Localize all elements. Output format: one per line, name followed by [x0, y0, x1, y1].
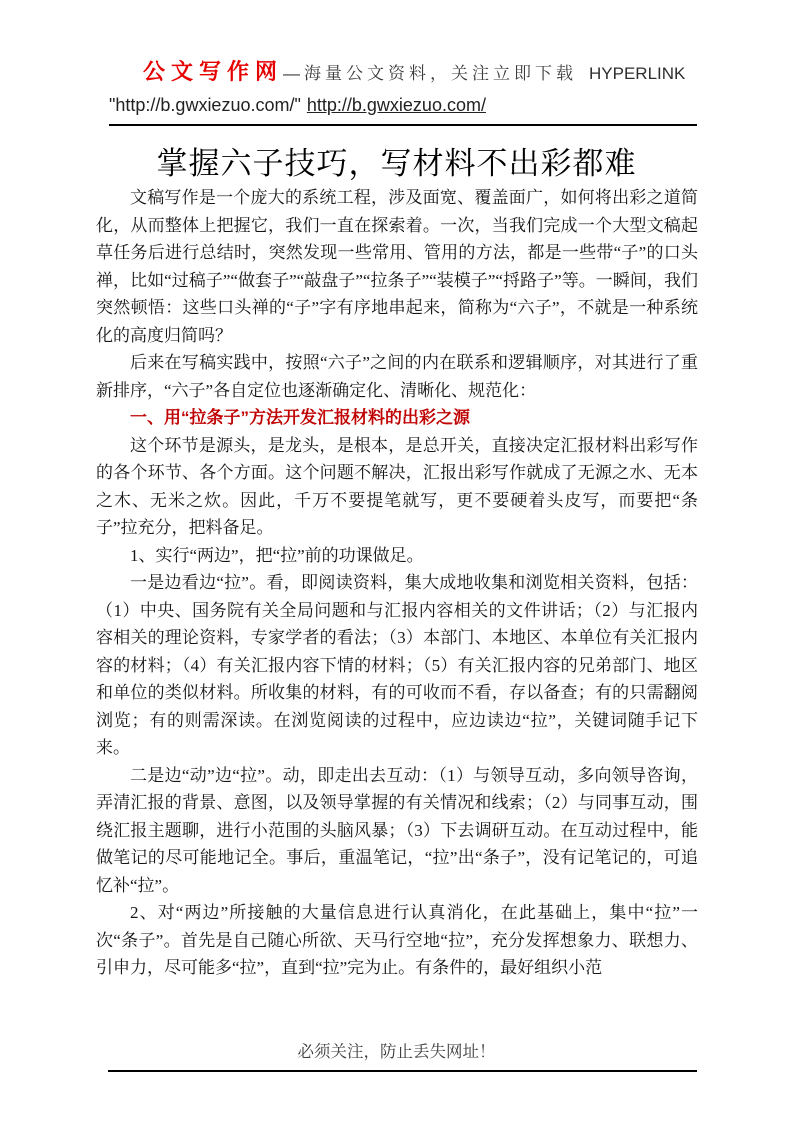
site-brand: 公文写作网: [143, 55, 283, 86]
paragraph: 二是边“动”边“拉”。动，即走出去互动：（1）与领导互动，多向领导咨询，弄清汇报…: [96, 762, 698, 900]
site-url-link[interactable]: http://b.gwxiezuo.com/: [307, 95, 486, 115]
paragraph: 一是边看边“拉”。看，即阅读资料，集大成地收集和浏览相关资料，包括：（1）中央、…: [96, 569, 698, 762]
site-url-quoted: "http://b.gwxiezuo.com/": [109, 95, 301, 115]
site-tagline: —海量公文资料，关注立即下载: [283, 59, 577, 84]
paragraph: 2、对“两边”所接触的大量信息进行认真消化，在此基础上，集中“拉”一次“条子”。…: [96, 899, 698, 982]
header-brand-line: 公文写作网—海量公文资料，关注立即下载HYPERLINK: [109, 55, 699, 86]
hyperlink-field-token: HYPERLINK: [589, 64, 685, 84]
document-body: 文稿写作是一个庞大的系统工程，涉及面宽、覆盖面广，如何将出彩之道简化，从而整体上…: [96, 184, 698, 982]
footer-divider: [108, 1070, 697, 1072]
section-heading: 一、用“拉条子”方法开发汇报材料的出彩之源: [96, 404, 698, 432]
page-header: 公文写作网—海量公文资料，关注立即下载HYPERLINK "http://b.g…: [109, 55, 699, 116]
document-title: 掌握六子技巧，写材料不出彩都难: [0, 138, 793, 183]
paragraph: 文稿写作是一个庞大的系统工程，涉及面宽、覆盖面广，如何将出彩之道简化，从而整体上…: [96, 184, 698, 349]
paragraph: 这个环节是源头，是龙头，是根本，是总开关，直接决定汇报材料出彩写作的各个环节、各…: [96, 432, 698, 542]
footer-notice: 必须关注，防止丢失网址！: [0, 1038, 793, 1062]
document-page: 公文写作网—海量公文资料，关注立即下载HYPERLINK "http://b.g…: [0, 0, 793, 1121]
paragraph: 1、实行“两边”，把“拉”前的功课做足。: [96, 542, 698, 570]
header-url-line: "http://b.gwxiezuo.com/"http://b.gwxiezu…: [109, 95, 699, 116]
header-divider: [109, 124, 697, 126]
paragraph: 后来在写稿实践中，按照“六子”之间的内在联系和逻辑顺序，对其进行了重新排序，“六…: [96, 349, 698, 404]
